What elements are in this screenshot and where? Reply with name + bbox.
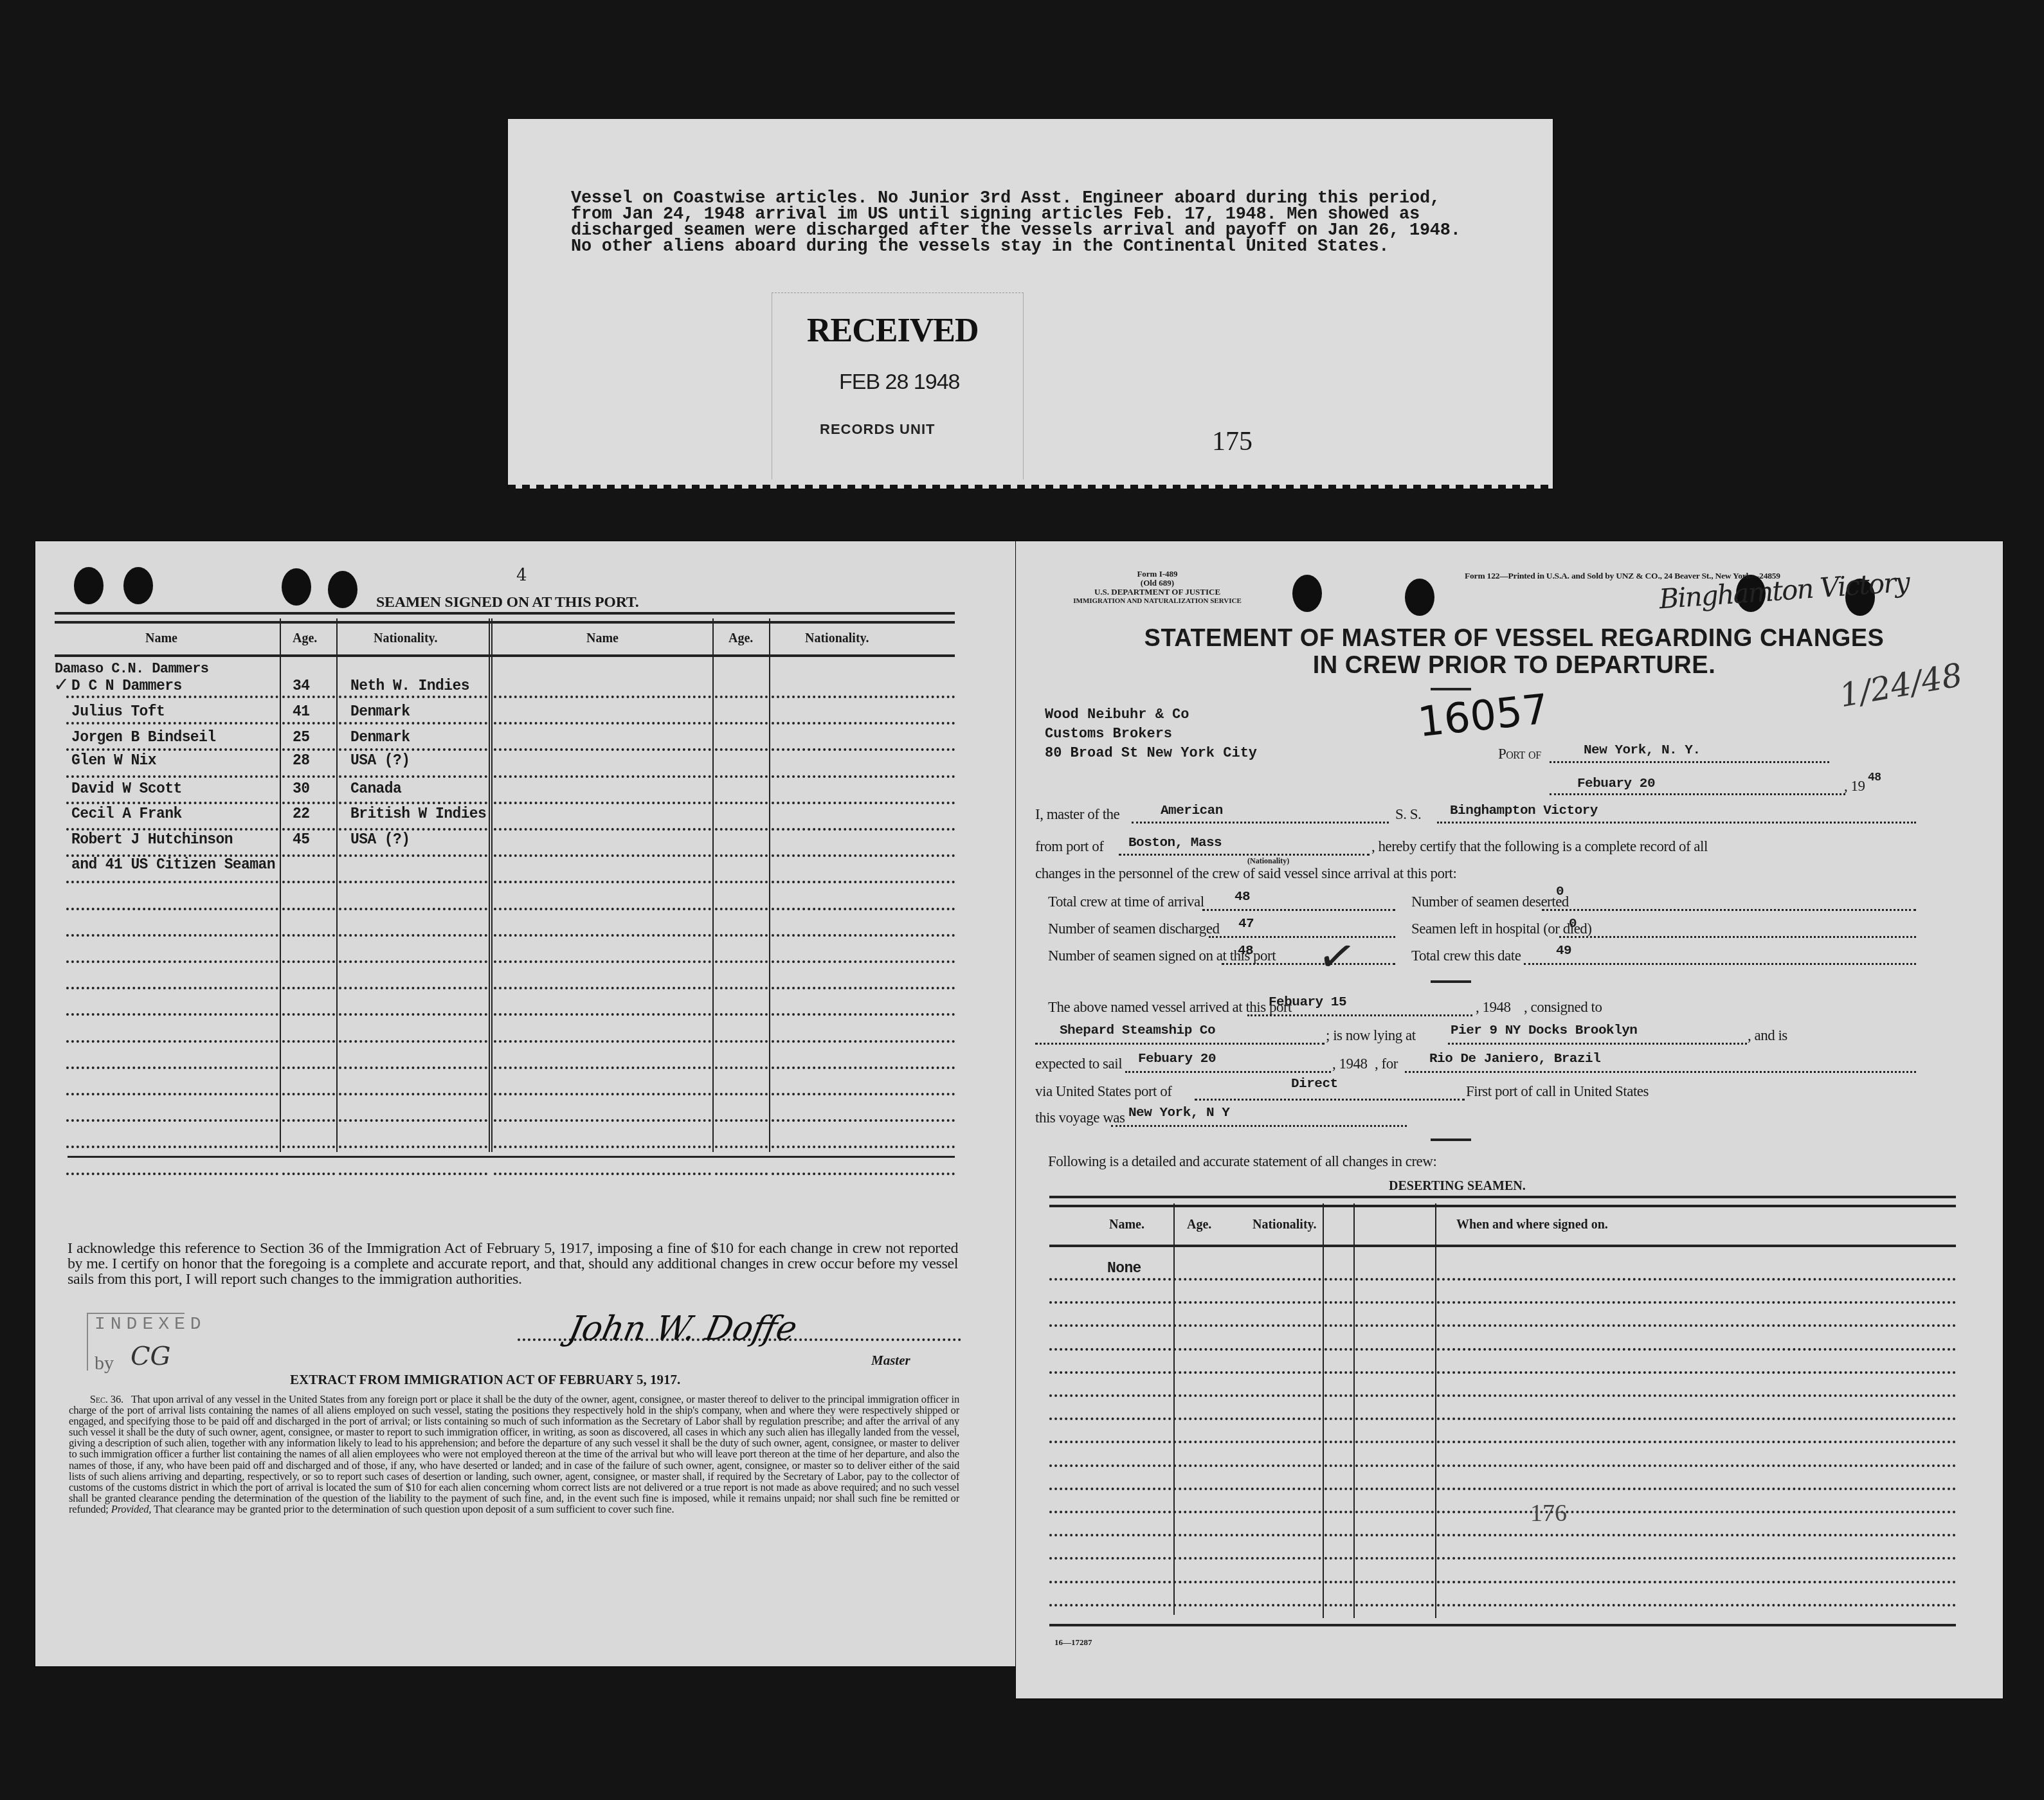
following-text: Following is a detailed and accurate sta… [1048, 1153, 1436, 1170]
certify-text: , hereby certify that the following is a… [1371, 838, 1708, 855]
dotted-rule [715, 1146, 768, 1148]
form-old-number: (Old 689) [1071, 579, 1244, 588]
dotted-rule [282, 775, 335, 778]
col-header-age-2: Age. [728, 631, 753, 646]
dotted-rule [1049, 1301, 1321, 1304]
dotted-rule [772, 1093, 955, 1095]
dotted-rule [1049, 1604, 1321, 1607]
dotted-rule [66, 828, 278, 831]
dotted-rule [339, 1119, 487, 1122]
check-mark-icon: ✓ [1314, 928, 1360, 986]
dotted-rule [494, 987, 711, 989]
dotted-rule [772, 696, 955, 698]
dotted-rule [772, 1119, 955, 1122]
dotted-rule [282, 1119, 335, 1122]
dotted-rule [282, 987, 335, 989]
row-age: 25 [293, 729, 309, 746]
sail-label: expected to sail [1035, 1056, 1122, 1072]
consignee-value: Shepard Steamship Co [1060, 1023, 1215, 1038]
dotted-rule [1437, 1534, 1956, 1536]
changes-text: changes in the personnel of the crew of … [1035, 865, 1456, 882]
row-nationality: British W Indies [350, 806, 486, 822]
dotted-rule [715, 1040, 768, 1043]
dotted-rule [494, 1093, 711, 1095]
row-age: 30 [293, 780, 309, 797]
stat-hospital: 0 [1569, 917, 1577, 932]
dotted-rule [494, 1066, 711, 1069]
dotted-rule [66, 1066, 278, 1069]
column-divider [489, 618, 490, 1152]
deserting-title: DESERTING SEAMEN. [1389, 1179, 1526, 1194]
dotted-rule [282, 802, 335, 804]
dotted-rule [494, 960, 711, 963]
ss-label: S. S. [1395, 806, 1421, 823]
dotted-rule [772, 802, 955, 804]
column-divider [336, 618, 338, 1152]
dotted-rule [1325, 1557, 1352, 1560]
dotted-rule [494, 1040, 711, 1043]
row-name: Julius Toft [71, 703, 165, 720]
dotted-rule [494, 1119, 711, 1122]
attached-note-slip: Vessel on Coastwise articles. No Junior … [508, 119, 1553, 489]
stat-label: Total crew this date [1411, 948, 1521, 964]
stat-deserted: 0 [1556, 885, 1564, 899]
dotted-rule [494, 748, 711, 751]
dotted-rule [494, 854, 711, 857]
arrival-date: Febuary 15 [1269, 995, 1346, 1010]
year-prefix: , 19 [1844, 778, 1865, 795]
vessel-name: Binghampton Victory [1450, 804, 1598, 818]
dotted-rule [494, 828, 711, 831]
dotted-rule [1355, 1604, 1434, 1607]
form-print-number: 16—17287 [1054, 1637, 1092, 1648]
broker-line: 80 Broad St New York City [1045, 744, 1257, 763]
dotted-rule [1437, 1511, 1956, 1513]
dotted-rule [1355, 1278, 1434, 1281]
dotted-rule [1437, 1557, 1956, 1560]
dotted-rule [66, 1173, 278, 1175]
dotted-rule [715, 802, 768, 804]
dotted-rule [282, 1093, 335, 1095]
dotted-rule [339, 934, 487, 937]
dotted-rule [1049, 1488, 1321, 1490]
dotted-rule [494, 1173, 711, 1175]
dotted-rule [1355, 1464, 1434, 1467]
divider-rule [1431, 980, 1471, 983]
dotted-rule [1355, 1581, 1434, 1583]
dotted-rule [1325, 1324, 1352, 1327]
for-label: , for [1375, 1056, 1398, 1072]
dotted-rule [66, 1146, 278, 1148]
dotted-rule [282, 1013, 335, 1016]
pier-value: Pier 9 NY Docks Brooklyn [1451, 1023, 1637, 1038]
dotted-rule [715, 1173, 768, 1175]
indexed-by-initials: CG [131, 1342, 171, 1371]
dotted-rule [282, 828, 335, 831]
dotted-rule [1437, 1348, 1956, 1351]
master-signature: John W. Doffe [565, 1309, 800, 1348]
dotted-rule [715, 960, 768, 963]
dotted-rule [1355, 1441, 1434, 1443]
dotted-rule [282, 1040, 335, 1043]
title-underline [1431, 688, 1471, 690]
col-header-name-2: Name [586, 631, 619, 646]
destination-value: Rio De Janiero, Brazil [1429, 1052, 1600, 1066]
dotted-rule [339, 748, 487, 751]
stat-label: Number of seamen discharged [1048, 921, 1219, 937]
dotted-rule [772, 828, 955, 831]
column-divider [1323, 1203, 1324, 1618]
dotted-rule [772, 1066, 955, 1069]
dotted-rule [494, 1146, 711, 1148]
dotted-rule [282, 1173, 335, 1175]
section-title: SEAMEN SIGNED ON AT THIS PORT. [376, 594, 638, 611]
dotted-rule [1049, 1581, 1321, 1583]
page-stamp: 176 [1530, 1499, 1567, 1527]
deserting-first-value: None [1107, 1260, 1141, 1277]
dotted-rule [494, 908, 711, 910]
right-page-master-statement: Form I-489 (Old 689) U.S. DEPARTMENT OF … [1016, 541, 2003, 1698]
punch-hole [1405, 579, 1434, 616]
row-nationality: USA (?) [350, 752, 410, 769]
deserting-col-when-where: When and where signed on. [1456, 1218, 1608, 1232]
dotted-rule [715, 1066, 768, 1069]
dotted-rule [339, 1173, 487, 1175]
dotted-rule [1049, 1324, 1321, 1327]
dotted-rule [494, 1013, 711, 1016]
dotted-rule [339, 1066, 487, 1069]
dotted-rule [715, 1093, 768, 1095]
dotted-rule [1437, 1581, 1956, 1583]
port-label: Port of [1498, 746, 1541, 762]
dotted-rule [1049, 1348, 1321, 1351]
column-divider [769, 618, 770, 1152]
stat-field [1202, 894, 1395, 911]
col-header-age: Age. [293, 631, 317, 646]
dotted-rule [282, 854, 335, 857]
form-number: Form I-489 [1071, 570, 1244, 579]
row-nationality: Neth W. Indies [350, 678, 469, 694]
column-divider [712, 618, 714, 1152]
dotted-rule [1325, 1511, 1352, 1513]
dotted-rule [772, 775, 955, 778]
dotted-rule [66, 802, 278, 804]
slip-note-line: No other aliens aboard during the vessel… [571, 239, 1510, 255]
form-title: STATEMENT OF MASTER OF VESSEL REGARDING … [1067, 625, 1961, 679]
dotted-rule [1049, 1278, 1321, 1281]
dotted-rule [1437, 1394, 1956, 1397]
form-header: Form I-489 (Old 689) U.S. DEPARTMENT OF … [1071, 570, 1244, 606]
dotted-rule [715, 1119, 768, 1122]
column-divider [491, 618, 493, 1152]
row-age: 28 [293, 752, 309, 769]
port-value: New York, N. Y. [1584, 743, 1701, 758]
row-name: and 41 US Citizen Seaman [71, 856, 275, 873]
dotted-rule [66, 1040, 278, 1043]
broker-line: Wood Neibuhr & Co [1045, 705, 1257, 724]
dotted-rule [1437, 1324, 1956, 1327]
dotted-rule [772, 748, 955, 751]
sail-date: Febuary 20 [1138, 1052, 1216, 1066]
stat-field [1524, 948, 1916, 965]
dotted-rule [1437, 1371, 1956, 1374]
dotted-rule [715, 775, 768, 778]
dotted-rule [494, 696, 711, 698]
check-mark-icon: ✓ [53, 674, 69, 696]
dotted-rule [282, 748, 335, 751]
received-stamp-date: FEB 28 1948 [839, 370, 959, 395]
dotted-rule [715, 722, 768, 724]
row-name: Cecil A Frank [71, 806, 182, 822]
dotted-rule [1049, 1417, 1321, 1420]
dotted-rule [339, 881, 487, 883]
dotted-rule [494, 881, 711, 883]
dotted-rule [715, 934, 768, 937]
dotted-rule [715, 881, 768, 883]
and-is-label: , and is [1748, 1027, 1787, 1044]
torn-edge [508, 485, 1553, 494]
year-suffix: 48 [1868, 771, 1881, 784]
first-port-label: First port of call in United States [1466, 1083, 1649, 1100]
punch-hole [328, 571, 357, 608]
col-header-name: Name [145, 631, 177, 646]
dotted-rule [1325, 1488, 1352, 1490]
table-bottom-rule [68, 1156, 955, 1158]
dotted-rule [339, 908, 487, 910]
dotted-rule [494, 802, 711, 804]
stat-discharged: 47 [1238, 917, 1254, 932]
dotted-rule [66, 696, 278, 698]
indexed-stamp: INDEXED [95, 1315, 206, 1335]
voyage-value: New York, N Y [1128, 1106, 1229, 1120]
row-name: David W Scott [71, 780, 182, 797]
dotted-rule [66, 987, 278, 989]
dotted-rule [1325, 1464, 1352, 1467]
dotted-rule [339, 1013, 487, 1016]
table-top-rule [55, 612, 955, 624]
dotted-rule [66, 881, 278, 883]
dotted-rule [715, 696, 768, 698]
dotted-rule [494, 775, 711, 778]
received-stamp: RECEIVED [807, 312, 979, 350]
dotted-rule [772, 908, 955, 910]
dotted-rule [772, 934, 955, 937]
row-age: 34 [293, 678, 309, 694]
dotted-rule [282, 1146, 335, 1148]
dotted-rule [1325, 1534, 1352, 1536]
section-body: That upon arrival of any vessel in the U… [69, 1393, 959, 1515]
dotted-rule [66, 1093, 278, 1095]
section-provided: Provided, [111, 1503, 152, 1515]
dotted-rule [1355, 1324, 1434, 1327]
dotted-rule [1325, 1301, 1352, 1304]
dotted-rule [1049, 1394, 1321, 1397]
stat-total-crew-arrival: 48 [1235, 890, 1250, 905]
deserting-col-nationality: Nationality. [1253, 1218, 1316, 1232]
dotted-rule [66, 722, 278, 724]
dotted-rule [772, 722, 955, 724]
punch-hole [123, 567, 153, 604]
dotted-rule [282, 960, 335, 963]
dotted-rule [282, 881, 335, 883]
row-name: Glen W Nix [71, 752, 156, 769]
stat-label: Total crew at time of arrival [1048, 894, 1204, 910]
dotted-rule [772, 854, 955, 857]
dotted-rule [715, 1013, 768, 1016]
dotted-rule [715, 854, 768, 857]
section-tail: That clearance may be granted prior to t… [154, 1503, 674, 1515]
deserting-header-rule [1049, 1245, 1956, 1247]
dotted-rule [1325, 1348, 1352, 1351]
dotted-rule [772, 960, 955, 963]
dotted-rule [772, 1173, 955, 1175]
row-nationality: USA (?) [350, 831, 410, 848]
dotted-rule [282, 696, 335, 698]
dotted-rule [772, 881, 955, 883]
dotted-rule [1049, 1371, 1321, 1374]
department-name: U.S. DEPARTMENT OF JUSTICE [1071, 588, 1244, 597]
dotted-rule [715, 828, 768, 831]
dotted-rule [1355, 1417, 1434, 1420]
date-value: Febuary 20 [1577, 777, 1655, 791]
punch-hole [1292, 575, 1322, 612]
dotted-rule [282, 722, 335, 724]
dotted-rule [715, 908, 768, 910]
dotted-rule [66, 775, 278, 778]
dotted-rule [1325, 1581, 1352, 1583]
dotted-rule [1325, 1441, 1352, 1443]
from-port-value: Boston, Mass [1128, 836, 1222, 851]
nationality-value: American [1161, 804, 1223, 818]
stat-field [1542, 894, 1916, 911]
dotted-rule [1355, 1301, 1434, 1304]
col-header-nationality-2: Nationality. [805, 631, 869, 646]
dotted-rule [339, 987, 487, 989]
form-title-line2: IN CREW PRIOR TO DEPARTURE. [1067, 652, 1961, 679]
deserting-table-bottom-rule [1049, 1624, 1956, 1626]
dotted-rule [282, 1066, 335, 1069]
dotted-rule [1355, 1371, 1434, 1374]
via-label: via United States port of [1035, 1083, 1171, 1100]
dotted-rule [715, 987, 768, 989]
stat-total-crew-date: 49 [1556, 944, 1571, 959]
deserting-col-age: Age. [1187, 1218, 1211, 1232]
divider-rule [1431, 1138, 1471, 1141]
acknowledgement-text: I acknowledge this reference to Section … [68, 1241, 958, 1287]
dotted-rule [339, 960, 487, 963]
dotted-rule [339, 775, 487, 778]
dotted-rule [1437, 1604, 1956, 1607]
dotted-rule [772, 1013, 955, 1016]
dotted-rule [1325, 1278, 1352, 1281]
received-stamp-unit: RECORDS UNIT [820, 421, 935, 438]
via-value: Direct [1291, 1077, 1338, 1092]
dotted-rule [66, 934, 278, 937]
dotted-rule [772, 987, 955, 989]
dotted-rule [66, 960, 278, 963]
signature-role: Master [871, 1353, 910, 1369]
column-divider [1353, 1203, 1355, 1618]
dotted-rule [1049, 1534, 1321, 1536]
dotted-rule [1355, 1488, 1434, 1490]
dotted-rule [494, 722, 711, 724]
punch-hole [74, 567, 104, 604]
row-age: 22 [293, 806, 309, 822]
indexed-by-label: by [95, 1353, 114, 1374]
column-divider [1435, 1203, 1436, 1618]
dotted-rule [282, 908, 335, 910]
dotted-rule [772, 1040, 955, 1043]
sail-year: , 1948 [1332, 1056, 1368, 1072]
col-header-nationality: Nationality. [374, 631, 437, 646]
dotted-rule [339, 802, 487, 804]
annotation-full-name: Damaso C.N. Dammers [55, 661, 208, 677]
lying-label: ; is now lying at [1326, 1027, 1416, 1044]
column-divider [1173, 1203, 1175, 1615]
dotted-rule [1437, 1301, 1956, 1304]
nationality-caption: (Nationality) [1247, 856, 1289, 866]
handwritten-file-number: 16057 [1416, 686, 1551, 747]
row-name: D C N Dammers [71, 678, 182, 694]
dotted-rule [339, 1093, 487, 1095]
customs-broker-address: Wood Neibuhr & CoCustoms Brokers80 Broad… [1045, 705, 1257, 763]
deserting-table-top-rule [1049, 1196, 1956, 1207]
dotted-rule [1049, 1441, 1321, 1443]
dotted-rule [772, 1146, 955, 1148]
dotted-rule [1325, 1417, 1352, 1420]
dotted-rule [1049, 1557, 1321, 1560]
stat-field [1209, 921, 1395, 938]
section-36-text: Sec. 36. That upon arrival of any vessel… [69, 1394, 959, 1515]
dotted-rule [339, 722, 487, 724]
dotted-rule [1325, 1604, 1352, 1607]
dotted-rule [66, 1013, 278, 1016]
deserting-col-name: Name. [1109, 1218, 1144, 1232]
row-nationality: Denmark [350, 729, 410, 746]
dotted-rule [66, 854, 278, 857]
dotted-rule [494, 934, 711, 937]
row-name: Jorgen B Bindseil [71, 729, 215, 746]
slip-page-number: 175 [1212, 426, 1253, 457]
dotted-rule [1325, 1371, 1352, 1374]
dotted-rule [339, 1040, 487, 1043]
dotted-rule [715, 748, 768, 751]
stat-signed-on: 48 [1238, 944, 1253, 959]
row-age: 41 [293, 703, 309, 720]
dotted-rule [1437, 1278, 1956, 1281]
column-divider [280, 618, 281, 1152]
stat-field [1559, 921, 1916, 938]
dotted-rule [1325, 1394, 1352, 1397]
broker-line: Customs Brokers [1045, 724, 1257, 744]
dotted-rule [339, 828, 487, 831]
dotted-rule [1437, 1464, 1956, 1467]
left-page-seamen-signed-on: 4 SEAMEN SIGNED ON AT THIS PORT. Name Ag… [35, 541, 1016, 1666]
dotted-rule [1049, 1464, 1321, 1467]
slip-note: Vessel on Coastwise articles. No Junior … [571, 191, 1510, 255]
punch-hole [282, 568, 311, 606]
header-rule [55, 654, 955, 657]
dotted-rule [1437, 1441, 1956, 1443]
dotted-rule [1437, 1417, 1956, 1420]
dotted-rule [1355, 1394, 1434, 1397]
dotted-rule [66, 1119, 278, 1122]
master-of-label: I, master of the [1035, 806, 1119, 823]
from-port-label: from port of [1035, 838, 1103, 855]
dotted-rule [339, 696, 487, 698]
service-name: IMMIGRATION AND NATURALIZATION SERVICE [1071, 597, 1244, 606]
dotted-rule [1355, 1511, 1434, 1513]
